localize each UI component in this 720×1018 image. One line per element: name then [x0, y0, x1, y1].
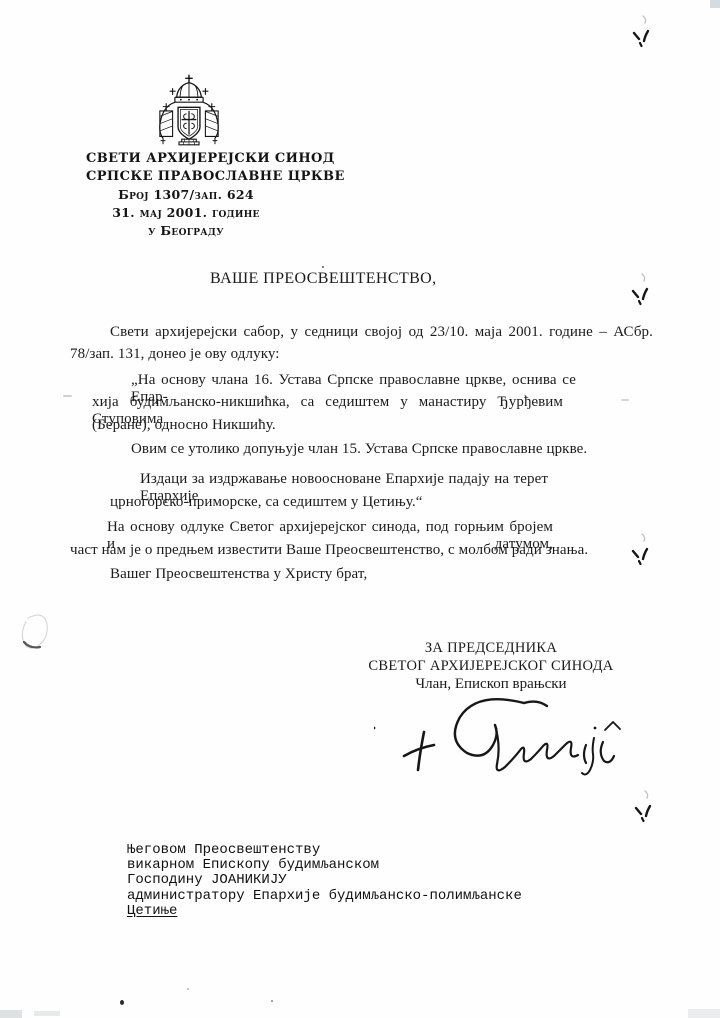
- dust-speck: [536, 402, 538, 404]
- scan-edge-artifact: [710, 0, 720, 8]
- ink-mark-artifact: [629, 14, 655, 50]
- ink-mark-artifact: [631, 789, 657, 825]
- letterhead-number: Број 1307/зап. 624: [86, 186, 286, 204]
- ink-mark-artifact: [628, 532, 654, 568]
- salutation: ВАШЕ ПРЕОСВЕШТЕНСТВО,: [210, 270, 430, 288]
- quote-line: (Беране), односно Никшићу.: [92, 417, 276, 434]
- handwritten-signature: [374, 690, 636, 790]
- closing-block: ЗА ПРЕДСЕДНИКА СВЕТОГ АРХИЈЕРЕЈСКОГ СИНО…: [358, 640, 624, 693]
- scan-edge-artifact: [0, 1010, 22, 1018]
- quote-line: Овим се утолико допуњује члан 15. Устава…: [131, 441, 587, 458]
- dust-speck: [322, 266, 324, 268]
- letterhead-place: у Београду: [86, 222, 286, 240]
- body-line: 78/зап. 131, донео је ову одлуку:: [70, 346, 280, 363]
- scan-edge-artifact: [688, 1009, 720, 1018]
- dust-speck: [187, 988, 189, 990]
- letterhead-org-line1: СВЕТИ АРХИЈЕРЕЈСКИ СИНОД: [86, 150, 286, 168]
- addressee-line: администратору Епархије будимљанско-поли…: [127, 889, 522, 904]
- addressee-city: Цетиње: [127, 904, 522, 919]
- scan-edge-artifact: [34, 1011, 60, 1016]
- letterhead-date: 31. мај 2001. године: [86, 204, 286, 222]
- addressee-block: Његовом Преосвештенству викарном Епископ…: [127, 843, 522, 919]
- letterhead: СВЕТИ АРХИЈЕРЕЈСКИ СИНОД СРПСКЕ ПРАВОСЛА…: [86, 150, 286, 240]
- addressee-line: Његовом Преосвештенству: [127, 843, 522, 858]
- ink-mark-artifact: [628, 272, 654, 308]
- closing-synod: СВЕТОГ АРХИЈЕРЕЈСКОГ СИНОДА: [358, 658, 624, 676]
- dust-speck: [120, 1000, 124, 1005]
- dust-speck: [621, 399, 629, 401]
- addressee-line: викарном Епископу будимљанском: [127, 858, 522, 873]
- quote-line: црногорско-приморске, са седиштем у Цети…: [110, 494, 422, 511]
- body-line: част нам је о предњем известити Ваше Пре…: [70, 542, 588, 559]
- smudge-artifact: [16, 606, 56, 658]
- body-line: Вашег Преосвештенства у Христу брат,: [110, 566, 367, 583]
- church-crest-icon: [148, 74, 230, 146]
- closing-for-president: ЗА ПРЕДСЕДНИКА: [358, 640, 624, 658]
- addressee-line: Господину ЈОАНИКИЈУ: [127, 873, 522, 888]
- scanned-letter-page: СВЕТИ АРХИЈЕРЕЈСКИ СИНОД СРПСКЕ ПРАВОСЛА…: [0, 0, 720, 1018]
- letterhead-org-line2: СРПСКЕ ПРАВОСЛАВНЕ ЦРКВЕ: [86, 168, 286, 186]
- dust-speck: [271, 1000, 273, 1002]
- dust-speck: [63, 395, 72, 397]
- body-line: Свети архијерејски сабор, у седници свој…: [110, 324, 653, 341]
